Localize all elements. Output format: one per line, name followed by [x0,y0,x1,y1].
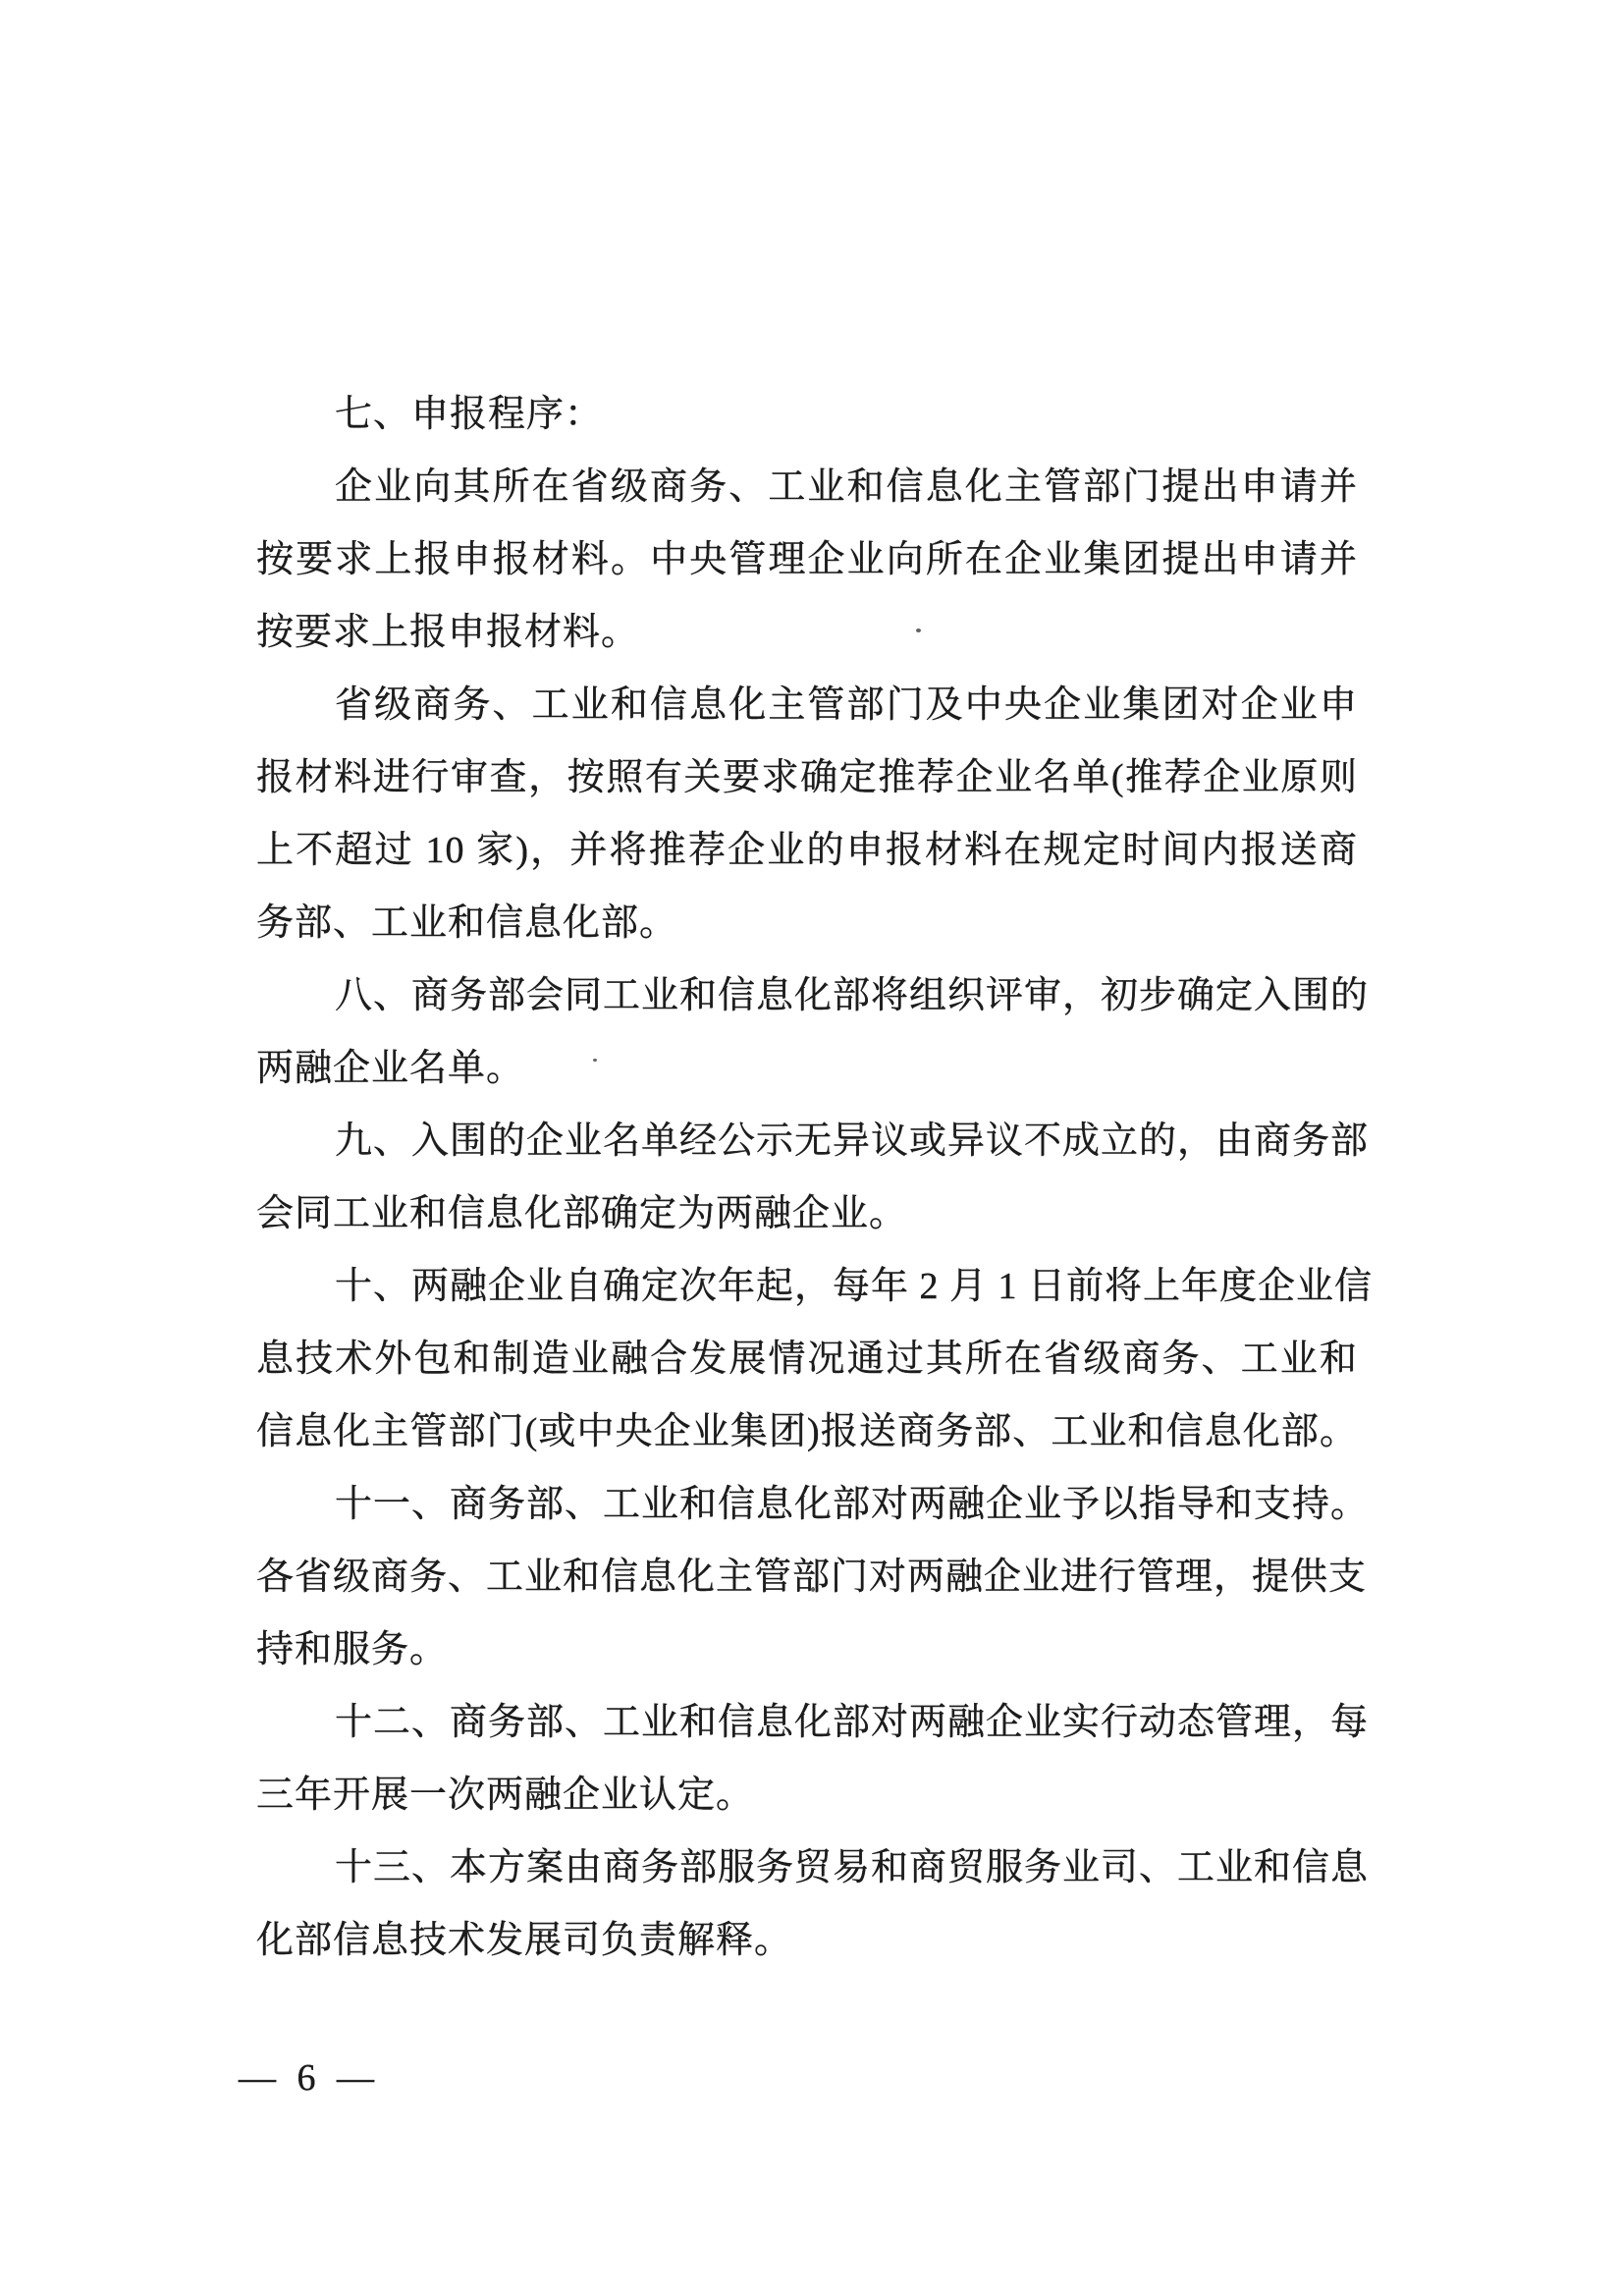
paragraph: 企业向其所在省级商务、工业和信息化主管部门提出申请并按要求上报申报材料。中央管理… [256,451,1358,669]
text-line: 八、商务部会同工业和信息化部将组织评审，初步确定入围的 [256,959,1358,1032]
paragraph: 十三、本方案由商务部服务贸易和商贸服务业司、工业和信息化部信息技术发展司负责解释… [256,1831,1358,1977]
text-line: 报材料进行审查，按照有关要求确定推荐企业名单(推荐企业原则 [256,741,1358,814]
text-line: 信息化主管部门(或中央企业集团)报送商务部、工业和信息化部。 [256,1395,1358,1468]
text-line: 息技术外包和制造业融合发展情况通过其所在省级商务、工业和 [256,1323,1358,1395]
paragraph: 八、商务部会同工业和信息化部将组织评审，初步确定入围的两融企业名单。 [256,959,1358,1105]
scan-speck [811,1587,815,1592]
text-line: 持和服务。 [256,1613,1358,1686]
text-line: 会同工业和信息化部确定为两融企业。 [256,1177,1358,1250]
text-line: 十一、商务部、工业和信息化部对两融企业予以指导和支持。 [256,1468,1358,1541]
text-line: 省级商务、工业和信息化主管部门及中央企业集团对企业申 [256,669,1358,741]
scanned-document-page: 七、申报程序：企业向其所在省级商务、工业和信息化主管部门提出申请并按要求上报申报… [0,0,1618,2296]
paragraph: 十、两融企业自确定次年起，每年 2 月 1 日前将上年度企业信息技术外包和制造业… [256,1250,1358,1468]
scan-speck [916,629,921,632]
paragraph: 十二、商务部、工业和信息化部对两融企业实行动态管理，每三年开展一次两融企业认定。 [256,1686,1358,1831]
page-number: — 6 — [239,2049,380,2107]
paragraph: 七、申报程序： [256,378,1358,451]
paragraph: 九、入围的企业名单经公示无异议或异议不成立的，由商务部会同工业和信息化部确定为两… [256,1105,1358,1250]
text-line: 企业向其所在省级商务、工业和信息化主管部门提出申请并 [256,451,1358,523]
document-body: 七、申报程序：企业向其所在省级商务、工业和信息化主管部门提出申请并按要求上报申报… [256,378,1358,1977]
text-line: 十三、本方案由商务部服务贸易和商贸服务业司、工业和信息 [256,1831,1358,1904]
text-line: 上不超过 10 家)，并将推荐企业的申报材料在规定时间内报送商 [256,814,1358,887]
text-line: 十二、商务部、工业和信息化部对两融企业实行动态管理，每 [256,1686,1358,1759]
text-line: 两融企业名单。 [256,1032,1358,1105]
text-line: 各省级商务、工业和信息化主管部门对两融企业进行管理，提供支 [256,1541,1358,1613]
text-line: 十、两融企业自确定次年起，每年 2 月 1 日前将上年度企业信 [256,1250,1358,1323]
text-line: 九、入围的企业名单经公示无异议或异议不成立的，由商务部 [256,1105,1358,1177]
paragraph: 省级商务、工业和信息化主管部门及中央企业集团对企业申报材料进行审查，按照有关要求… [256,669,1358,959]
text-line: 七、申报程序： [256,378,1358,451]
paragraph: 十一、商务部、工业和信息化部对两融企业予以指导和支持。各省级商务、工业和信息化主… [256,1468,1358,1686]
text-line: 按要求上报申报材料。中央管理企业向所在企业集团提出申请并 [256,523,1358,596]
text-line: 按要求上报申报材料。 [256,596,1358,669]
text-line: 务部、工业和信息化部。 [256,887,1358,959]
text-line: 化部信息技术发展司负责解释。 [256,1904,1358,1977]
scan-speck [593,1059,597,1062]
text-line: 三年开展一次两融企业认定。 [256,1759,1358,1831]
